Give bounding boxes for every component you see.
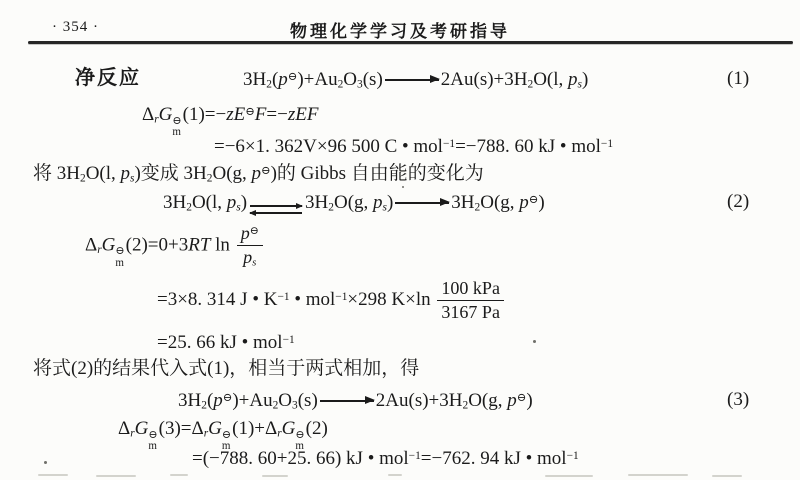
formula-segment: p	[252, 163, 262, 184]
scan-artifact	[38, 474, 68, 476]
formula-segment: −1	[409, 450, 421, 462]
formula-segment: ⊖	[288, 71, 298, 83]
reaction-arrow-icon	[395, 202, 449, 204]
equation-3-formula: 3H2(p⊖)+Au2O3(s)2Au(s)+3H2O(g, p⊖)	[178, 389, 533, 413]
formula-segment: p	[373, 192, 383, 213]
formula-segment: s	[252, 257, 256, 269]
formula-segment: =(−788. 60+25. 66) kJ • mol	[192, 448, 409, 469]
formula-segment: z	[226, 104, 233, 125]
scan-artifact	[388, 474, 402, 476]
formula-segment: O(l,	[86, 163, 121, 184]
formula-segment: O(l,	[533, 69, 568, 90]
formula-segment: (3)=Δ	[159, 418, 204, 439]
formula-segment: )	[241, 192, 247, 213]
formula-segment: p	[507, 390, 517, 411]
net-reaction-label: 净反应	[75, 66, 141, 91]
formula-segment: O(l,	[192, 192, 227, 213]
formula-segment: −1	[443, 138, 455, 150]
formula-segment: )变成 3H	[134, 163, 206, 184]
scan-artifact	[96, 475, 136, 477]
sup-sub-stack: ⊖m	[115, 246, 124, 269]
equation-1-number: (1)	[727, 68, 749, 90]
formula-segment: p	[243, 247, 252, 267]
formula-segment: ⊖	[245, 106, 255, 118]
formula-segment: Δ	[118, 418, 130, 439]
formula-segment: Δ	[142, 104, 154, 125]
scan-artifact	[170, 474, 188, 476]
formula-segment: p	[519, 192, 529, 213]
formula-segment: p	[213, 390, 223, 411]
formula-segment: 3H	[163, 192, 186, 213]
formula-segment: ⊖	[261, 165, 271, 177]
fraction: 100 kPa3167 Pa	[437, 278, 504, 324]
equation-2-formula: 3H2O(l, ps)3H2O(g, ps)3H2O(g, p⊖)	[163, 191, 545, 215]
substitute-text: 将式(2)的结果代入式(1)，相当于两式相加，得	[33, 357, 419, 381]
formula-segment: =−762. 94 kJ • mol	[421, 448, 567, 469]
formula-segment: p	[278, 69, 288, 90]
equation-1-formula: 3H2(p⊖)+Au2O3(s)2Au(s)+3H2O(l, ps)	[243, 68, 588, 92]
formula-segment: ⊖	[223, 392, 233, 404]
formula-segment: ⊖	[250, 225, 259, 237]
scan-artifact	[712, 475, 742, 477]
formula-segment: F	[255, 104, 267, 125]
formula-segment: G	[208, 418, 222, 439]
formula-segment: 3H	[243, 69, 266, 90]
formula-segment: • mol	[290, 289, 336, 310]
formula-segment: )+Au	[232, 390, 272, 411]
scan-artifact	[533, 340, 536, 343]
header-rule	[28, 41, 793, 44]
formula-segment: 将 3H	[33, 163, 80, 184]
scan-artifact	[628, 474, 688, 476]
formula-segment: )+Au	[297, 69, 337, 90]
formula-segment: ×298 K×ln	[347, 289, 435, 310]
formula-segment: G	[135, 418, 149, 439]
formula-segment: =−6×1. 362V×96 500 C • mol	[214, 136, 443, 157]
sup-sub-stack: ⊖m	[172, 116, 181, 139]
formula-segment: −1	[283, 334, 295, 346]
formula-segment: =3×8. 314 J • K	[157, 289, 277, 310]
gibbs-change-text: 将 3H2O(l, ps)变成 3H2O(g, p⊖)的 Gibbs 自由能的变…	[33, 162, 484, 186]
formula-segment: 3H	[451, 192, 474, 213]
textbook-page: · 354 · 物理化学学习及考研指导 净反应 3H2(p⊖)+Au2O3(s)…	[0, 0, 800, 480]
delta-g2-result: =25. 66 kJ • mol−1	[157, 331, 295, 355]
delta-g1-definition: ΔrG⊖m(1)=−zE⊖F=−zEF	[142, 103, 318, 139]
formula-segment: E	[234, 104, 246, 125]
page-title: 物理化学学习及考研指导	[0, 17, 800, 42]
formula-segment: G	[159, 104, 173, 125]
formula-segment: 3167 Pa	[441, 302, 500, 322]
delta-g1-value: =−6×1. 362V×96 500 C • mol−1=−788. 60 kJ…	[214, 135, 613, 159]
formula-segment: (s)	[298, 390, 318, 411]
formula-segment: (2)	[306, 418, 328, 439]
equation-3-number: (3)	[727, 389, 749, 411]
formula-segment: O	[278, 390, 292, 411]
formula-segment: G	[282, 418, 296, 439]
formula-segment: p	[121, 163, 131, 184]
reaction-arrow-icon	[320, 400, 374, 402]
formula-segment: ln	[210, 235, 234, 256]
formula-segment: 2Au(s)+3H	[441, 69, 528, 90]
formula-segment: )	[582, 69, 588, 90]
reaction-arrow-icon	[385, 79, 439, 81]
formula-segment: 100 kPa	[441, 278, 500, 298]
formula-segment: RT	[188, 235, 210, 256]
formula-segment: Δ	[85, 235, 97, 256]
formula-segment: O(g,	[468, 390, 507, 411]
formula-segment: (s)	[363, 69, 383, 90]
formula-segment: (1)+Δ	[232, 418, 277, 439]
scan-artifact	[402, 186, 404, 188]
formula-segment: O(g,	[334, 192, 373, 213]
sup-sub-stack: ⊖m	[148, 430, 157, 453]
equilibrium-arrow-icon	[250, 205, 302, 214]
delta-g3-result: =(−788. 60+25. 66) kJ • mol−1=−762. 94 k…	[192, 447, 579, 471]
formula-segment: )	[538, 192, 544, 213]
formula-segment: −1	[277, 291, 289, 303]
equation-2-number: (2)	[727, 191, 749, 213]
formula-segment: (2)=0+3	[126, 235, 189, 256]
formula-segment: G	[102, 235, 116, 256]
formula-segment: )的 Gibbs 自由能的变化为	[271, 163, 484, 184]
formula-segment: −1	[567, 450, 579, 462]
formula-segment: (1)=−	[183, 104, 227, 125]
formula-segment: =25. 66 kJ • mol	[157, 332, 283, 353]
scan-artifact	[545, 475, 593, 477]
formula-segment: O	[343, 69, 357, 90]
formula-segment: 2Au(s)+3H	[376, 390, 463, 411]
formula-segment: )	[387, 192, 393, 213]
formula-segment: 3H	[305, 192, 328, 213]
formula-segment: −1	[335, 291, 347, 303]
formula-segment: =−	[266, 104, 287, 125]
fraction: p⊖ps	[237, 223, 263, 269]
formula-segment: )	[526, 390, 532, 411]
formula-segment: p	[227, 192, 237, 213]
scan-artifact	[262, 475, 288, 477]
formula-segment: EF	[295, 104, 318, 125]
formula-segment: p	[568, 69, 578, 90]
formula-segment: O(g,	[212, 163, 251, 184]
formula-segment: O(g,	[480, 192, 519, 213]
delta-g2-definition: ΔrG⊖m(2)=0+3RT ln p⊖ps	[85, 223, 265, 270]
formula-segment: ⊖	[529, 194, 539, 206]
formula-segment: ⊖	[517, 392, 527, 404]
delta-g2-calculation: =3×8. 314 J • K−1 • mol−1×298 K×ln 100 k…	[157, 278, 506, 324]
formula-segment: p	[241, 223, 250, 243]
formula-segment: −1	[601, 138, 613, 150]
formula-segment: =−788. 60 kJ • mol	[455, 136, 601, 157]
scan-artifact	[44, 461, 47, 464]
formula-segment: 3H	[178, 390, 201, 411]
